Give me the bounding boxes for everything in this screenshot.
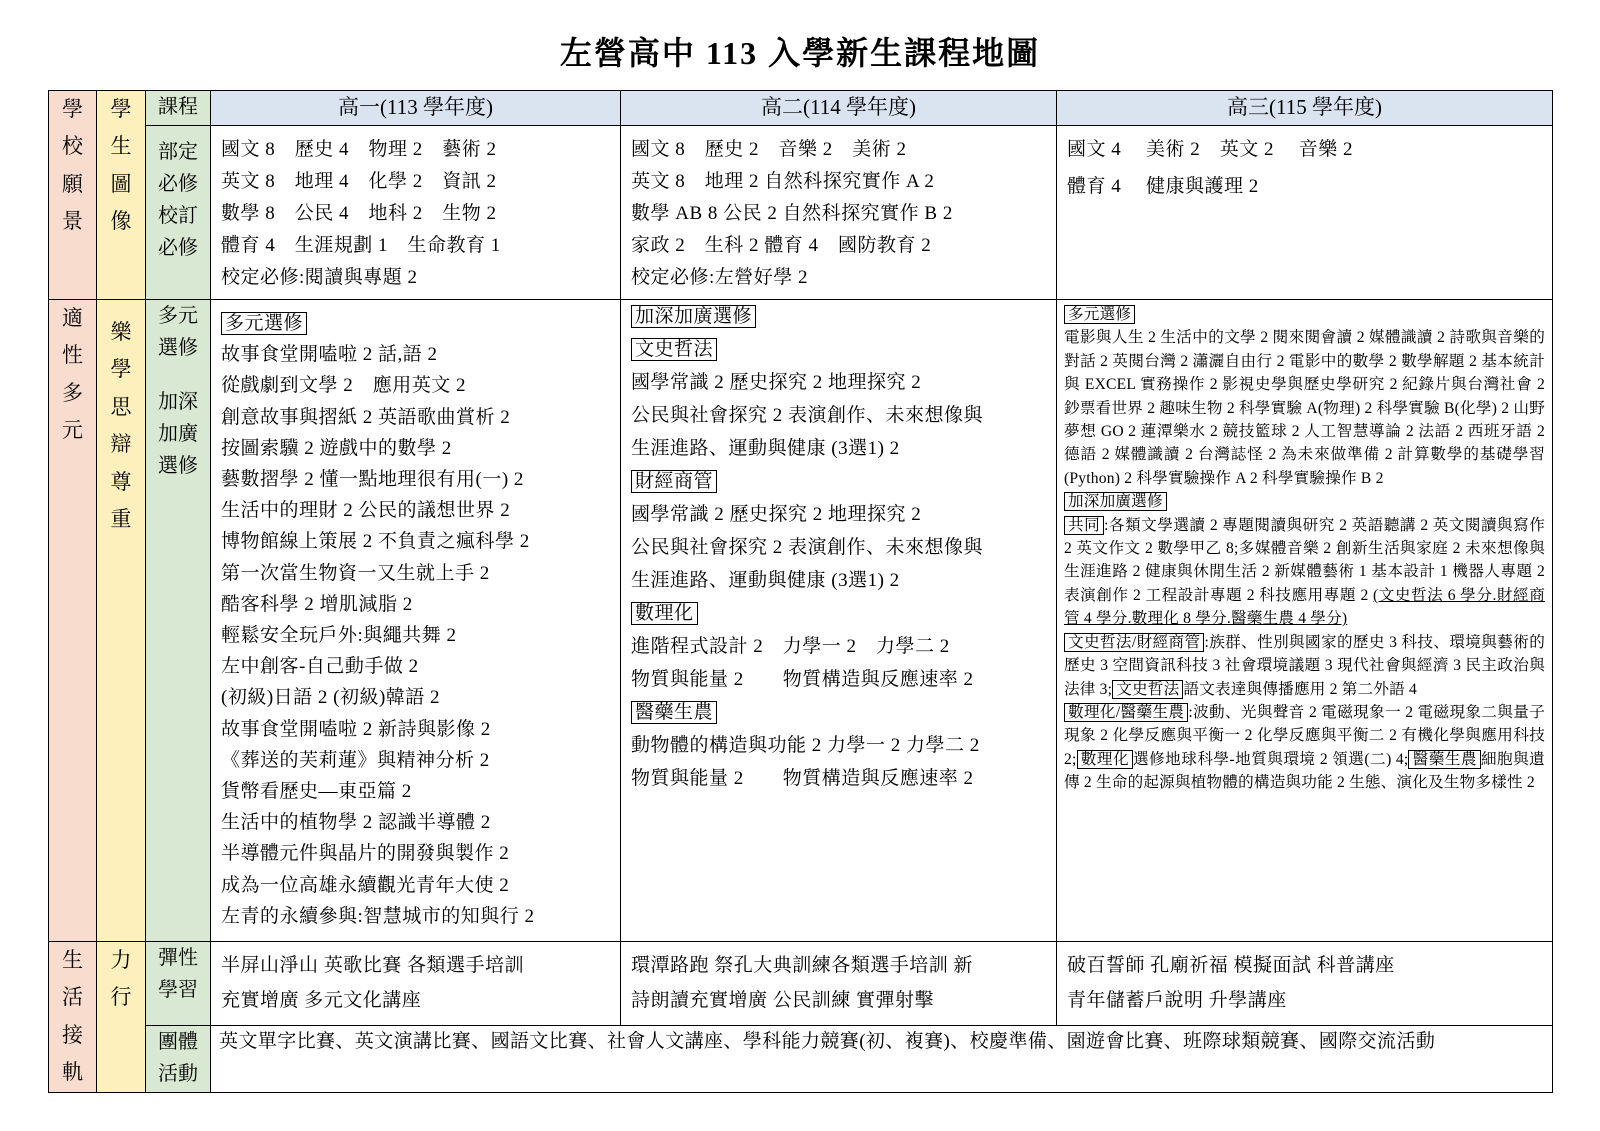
text-line: 生活中的植物學 2 認識半導體 2 (221, 807, 610, 838)
required-bottom-label: 校訂必修 (157, 200, 200, 264)
text-line: 體育 4 健康與護理 2 (1067, 168, 1353, 205)
text-line: 動物體的構造與功能 2 力學一 2 力學二 2 (631, 729, 1046, 762)
required-grade2-text: 國文 8 歷史 2 音樂 2 美術 2英文 8 地理 2 自然科探究實作 A 2… (621, 126, 1056, 299)
text-line: 貨幣看歷史—東亞篇 2 (221, 776, 610, 807)
text-line: 半屏山淨山 英歌比賽 各類選手培訓 (221, 948, 610, 983)
required-grade3-text: 國文 4 美術 2 英文 2 音樂 2體育 4 健康與護理 2 (1057, 126, 1363, 210)
text-line: 博物館線上策展 2 不負責之瘋科學 2 (221, 526, 610, 557)
cell-adaptive: 適性多元 (49, 300, 97, 942)
text-line: 故事食堂開嗑啦 2 新詩與影像 2 (221, 714, 610, 745)
text-line: 醫藥生農 (631, 696, 1046, 729)
cell-student-image: 學生圖像 (97, 91, 146, 300)
text-run: 醫藥生農 (1408, 750, 1481, 769)
text-line: 輕鬆安全玩戶外:與繩共舞 2 (221, 620, 610, 651)
action-label: 力行 (110, 942, 132, 1017)
text-line: 國學常識 2 歷史探究 2 地理探究 2 (631, 498, 1046, 531)
text-run: 電影與人生 2 生活中的文學 2 閱來閱會讀 2 媒體識讀 2 詩歌與音樂的對話… (1064, 329, 1545, 486)
cell-group-label: 團體活動 (146, 1025, 211, 1092)
cell-grade2-header: 高二(114 學年度) (621, 91, 1057, 126)
cell-required-grade2: 國文 8 歷史 2 音樂 2 美術 2英文 8 地理 2 自然科探究實作 A 2… (621, 126, 1057, 300)
student-image-label: 學生圖像 (110, 91, 132, 241)
text-line: 按圖索驥 2 遊戲中的數學 2 (221, 433, 610, 464)
grade1-header-label: 高一(113 學年度) (211, 91, 620, 124)
flexible-label: 彈性學習 (157, 942, 200, 1006)
text-run: 加深加廣選修 (1064, 492, 1167, 511)
text-run: 語文表達與傳播應用 2 第二外語 4 (1183, 681, 1417, 698)
life-link-label: 生活接軌 (61, 942, 83, 1092)
curriculum-map-table: 學校願景 學生圖像 課程 高一(113 學年度) 高二(114 學年度) 高三(… (48, 90, 1553, 1093)
text-run: 選修地球科學-地質與環境 2 領選(二) 4; (1133, 751, 1408, 768)
text-line: 左中創客-自己動手做 2 (221, 651, 610, 682)
text-line: 成為一位高雄永續觀光青年大使 2 (221, 870, 610, 901)
text-line: 家政 2 生科 2 體育 4 國防教育 2 (631, 230, 1046, 262)
text-line: 數理化 (631, 597, 1046, 630)
grade3-header-label: 高三(115 學年度) (1057, 91, 1552, 124)
text-line: 英文 8 地理 2 自然科探究實作 A 2 (631, 166, 1046, 198)
text-line: 進階程式設計 2 力學一 2 力學二 2 (631, 630, 1046, 663)
text-line: 創意故事與摺紙 2 英語歌曲賞析 2 (221, 402, 610, 433)
text-line: 破百誓師 孔廟祈福 模擬面試 科普講座 (1067, 948, 1542, 983)
school-vision-label: 學校願景 (61, 91, 83, 241)
text-line: 詩朗讀充實增廣 公民訓練 實彈射擊 (631, 983, 1046, 1018)
text-run: 共同 (1064, 516, 1104, 535)
elective-bottom-label: 加深加廣選修 (157, 386, 200, 482)
text-run: 文史哲法 (1112, 680, 1183, 699)
course-header-label: 課程 (146, 91, 210, 124)
electives-grade2-text: 加深加廣選修文史哲法國學常識 2 歷史探究 2 地理探究 2公民與社會探究 2 … (631, 300, 1046, 795)
text-run: 數理化/醫藥生農 (1064, 703, 1188, 722)
grade2-header-label: 高二(114 學年度) (621, 91, 1056, 124)
adaptive-label: 適性多元 (61, 300, 83, 450)
text-line: 公民與社會探究 2 表演創作、未來想像與 (631, 399, 1046, 432)
text-line: 青年儲蓄戶說明 升學講座 (1067, 983, 1542, 1018)
text-line: 藝數摺學 2 懂一點地理很有用(一) 2 (221, 464, 610, 495)
text-line: 生涯進路、運動與健康 (3選1) 2 (631, 564, 1046, 597)
cell-life-link: 生活接軌 (49, 942, 97, 1093)
cell-grade3-header: 高三(115 學年度) (1057, 91, 1553, 126)
text-line: 物質與能量 2 物質構造與反應速率 2 (631, 762, 1046, 795)
text-line: 數學 8 公民 4 地科 2 生物 2 (221, 198, 610, 230)
text-run: 文史哲法/財經商管 (1064, 633, 1204, 652)
required-top-label: 部定必修 (157, 136, 200, 200)
text-line: 加深加廣選修 (631, 300, 1046, 333)
cell-action: 力行 (97, 942, 146, 1093)
text-line: 生涯進路、運動與健康 (3選1) 2 (631, 432, 1046, 465)
electives-grade3-text: 多元選修電影與人生 2 生活中的文學 2 閱來閱會讀 2 媒體識讀 2 詩歌與音… (1057, 300, 1552, 798)
text-line: 酷客科學 2 增肌減脂 2 (221, 589, 610, 620)
page-title: 左營高中 113 入學新生課程地圖 (0, 28, 1600, 74)
text-line: 環潭路跑 祭孔大典訓練各類選手培訓 新 (631, 948, 1046, 983)
cell-required-grade1: 國文 8 歷史 4 物理 2 藝術 2英文 8 地理 4 化學 2 資訊 2數學… (211, 126, 621, 300)
text-line: 第一次當生物資一又生就上手 2 (221, 558, 610, 589)
cell-values: 樂學 思辯 尊重 (97, 300, 146, 942)
text-line: 數學 AB 8 公民 2 自然科探究實作 B 2 (631, 198, 1046, 230)
cell-electives-grade1: 多元選修故事食堂開嗑啦 2 話,語 2從戲劇到文學 2 應用英文 2創意故事與摺… (211, 300, 621, 942)
text-line: 公民與社會探究 2 表演創作、未來想像與 (631, 531, 1046, 564)
cell-flexible-grade3: 破百誓師 孔廟祈福 模擬面試 科普講座青年儲蓄戶說明 升學講座 (1057, 942, 1553, 1026)
text-run: 數理化 (1077, 750, 1134, 769)
text-line: 半導體元件與晶片的開發與製作 2 (221, 838, 610, 869)
cell-electives-grade3: 多元選修電影與人生 2 生活中的文學 2 閱來閱會讀 2 媒體識讀 2 詩歌與音… (1057, 300, 1553, 942)
text-line: 從戲劇到文學 2 應用英文 2 (221, 370, 610, 401)
text-line: 《葬送的芙莉蓮》與精神分析 2 (221, 745, 610, 776)
cell-flexible-grade1: 半屏山淨山 英歌比賽 各類選手培訓充實增廣 多元文化講座 (211, 942, 621, 1026)
cell-group-activities: 英文單字比賽、英文演講比賽、國語文比賽、社會人文講座、學科能力競賽(初、複賽)、… (211, 1025, 1553, 1092)
text-line: 左青的永續參與:智慧城市的知與行 2 (221, 901, 610, 932)
value-respect-label: 尊重 (110, 464, 132, 539)
flexible-grade1-text: 半屏山淨山 英歌比賽 各類選手培訓充實增廣 多元文化講座 (211, 942, 620, 1023)
text-line: 校定必修:左營好學 2 (631, 262, 1046, 294)
text-line: 故事食堂開嗑啦 2 話,語 2 (221, 339, 610, 370)
text-line: 財經商管 (631, 465, 1046, 498)
cell-electives-grade2: 加深加廣選修文史哲法國學常識 2 歷史探究 2 地理探究 2公民與社會探究 2 … (621, 300, 1057, 942)
elective-top-label: 多元選修 (157, 300, 200, 364)
value-joy-label: 樂學 (110, 314, 132, 389)
text-line: 國文 8 歷史 4 物理 2 藝術 2 (221, 134, 610, 166)
electives-grade1-text: 多元選修故事食堂開嗑啦 2 話,語 2從戲劇到文學 2 應用英文 2創意故事與摺… (211, 300, 620, 937)
group-label: 團體活動 (157, 1026, 200, 1090)
text-line: 體育 4 生涯規劃 1 生命教育 1 (221, 230, 610, 262)
cell-required-label: 部定必修 校訂必修 (146, 126, 211, 300)
cell-grade1-header: 高一(113 學年度) (211, 91, 621, 126)
text-line: 物質與能量 2 物質構造與反應速率 2 (631, 663, 1046, 696)
text-line: 多元選修 (221, 308, 610, 339)
text-line: 校定必修:閱讀與專題 2 (221, 262, 610, 294)
text-line: 充實增廣 多元文化講座 (221, 983, 610, 1018)
text-line: 國文 8 歷史 2 音樂 2 美術 2 (631, 134, 1046, 166)
text-line: 國學常識 2 歷史探究 2 地理探究 2 (631, 366, 1046, 399)
cell-flexible-label: 彈性學習 (146, 942, 211, 1026)
required-grade1-text: 國文 8 歷史 4 物理 2 藝術 2英文 8 地理 4 化學 2 資訊 2數學… (211, 126, 620, 299)
text-line: (初級)日語 2 (初級)韓語 2 (221, 682, 610, 713)
text-line: 文史哲法 (631, 333, 1046, 366)
cell-course-header: 課程 (146, 91, 211, 126)
flexible-grade3-text: 破百誓師 孔廟祈福 模擬面試 科普講座青年儲蓄戶說明 升學講座 (1057, 942, 1552, 1023)
cell-elective-label: 多元選修 加深加廣選修 (146, 300, 211, 942)
group-activities-text: 英文單字比賽、英文演講比賽、國語文比賽、社會人文講座、學科能力競賽(初、複賽)、… (211, 1026, 1552, 1053)
value-think-label: 思辯 (110, 389, 132, 464)
cell-school-vision: 學校願景 (49, 91, 97, 300)
text-line: 英文 8 地理 4 化學 2 資訊 2 (221, 166, 610, 198)
text-line: 生活中的理財 2 公民的議想世界 2 (221, 495, 610, 526)
cell-required-grade3: 國文 4 美術 2 英文 2 音樂 2體育 4 健康與護理 2 (1057, 126, 1553, 300)
flexible-grade2-text: 環潭路跑 祭孔大典訓練各類選手培訓 新詩朗讀充實增廣 公民訓練 實彈射擊 (621, 942, 1056, 1023)
text-run: 多元選修 (1064, 305, 1135, 324)
cell-flexible-grade2: 環潭路跑 祭孔大典訓練各類選手培訓 新詩朗讀充實增廣 公民訓練 實彈射擊 (621, 942, 1057, 1026)
text-line: 國文 4 美術 2 英文 2 音樂 2 (1067, 131, 1353, 168)
